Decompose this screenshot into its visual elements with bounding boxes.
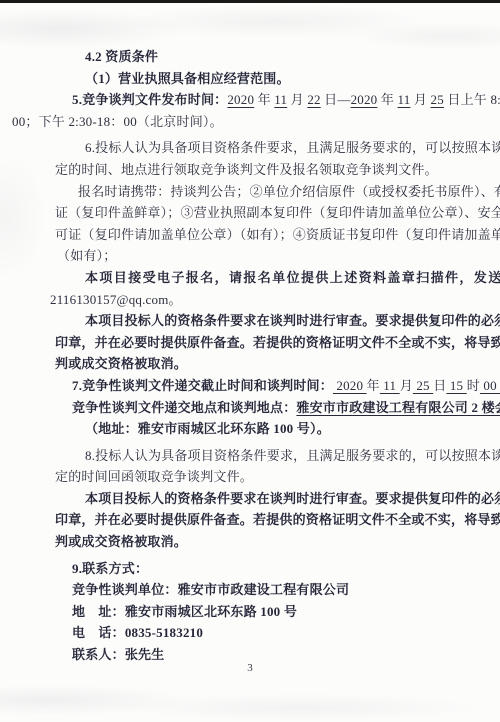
item7-hour: 15 (446, 378, 466, 393)
contact-person-label: 联系人： (72, 647, 125, 662)
item6-line2: 定的时间、地点进行领取竞争谈判文件及报名领取竞争谈判文件。 (55, 159, 466, 181)
item9-contact-heading: 9.联系方式： (72, 558, 466, 580)
item8-line2: 定的时间回函领取竞争谈判文件。 (55, 466, 466, 488)
item5-month2: 11 (398, 92, 411, 107)
item7-minute: 00 (480, 378, 500, 393)
registration-bring-line4: （如有）； (57, 245, 466, 267)
contact-unit-line: 竞争性谈判单位：雅安市市政建设工程有限公司 (72, 579, 466, 601)
item7-deadline-line: 7.竞争性谈判文件递交截止时间和谈判时间： 2020 年 11 月 25 日 1… (72, 375, 466, 397)
qualification-review-2-line2: 印章，并在必要时提供原件备查。若提供的资格证明文件不全或不实，将导致其参加谈 (55, 509, 466, 531)
contact-person-value: 张先生 (125, 647, 165, 662)
registration-bring-line2: 证（复印件盖鲜章）；③营业执照副本复印件（复印件请加盖单位公章）、安全生产许 (55, 202, 466, 224)
text-segment: 日— (321, 92, 351, 107)
qualification-review-1-line1: 本项目投标人的资格条件要求在谈判时进行审查。要求提供复印件的必须加盖单位 (85, 310, 466, 332)
item7-day: 25 (413, 378, 433, 393)
location-label: 竞争性谈判文件递交地点和谈判地点： (72, 400, 296, 415)
contact-address-line: 地 址：雅安市雨城区北环东路 100 号 (72, 601, 466, 623)
item6-line1: 6.投标人认为具备项目资格条件要求，且满足服务要求的，可以按照本谈判公告规 (85, 137, 466, 159)
document-body: 4.2 资质条件 （1）营业执照具备相应经营范围。 5.竞争谈判文件发布时间：2… (55, 0, 466, 666)
location-address-line: （地址：雅安市雨城区北环东路 100 号）。 (85, 418, 466, 440)
qualification-review-1-line2: 印章，并在必要时提供原件备查。若提供的资格证明文件不全或不实，将导致其参加谈 (55, 332, 466, 354)
text-segment: 时 (467, 378, 480, 393)
item5-year2: 2020 (351, 92, 378, 107)
registration-bring-line3: 可证（复印件请加盖单位公章）（如有）；④资质证书复印件（复印件请加盖单位公章） (55, 224, 466, 246)
electronic-registration-line: 本项目接受电子报名，请报名单位提供上述资料盖章扫描件，发送至邮箱： (85, 267, 466, 289)
text-segment: 年 (367, 378, 380, 393)
item7-label: 7.竞争性谈判文件递交截止时间和谈判时间： (72, 378, 333, 393)
item7-year: 2020 (333, 378, 367, 393)
registration-bring-line1: 报名时请携带：持谈判公告；②单位介绍信原件（或授权委托书原件）、有效身份 (78, 181, 466, 203)
item7-month: 11 (380, 378, 400, 393)
email-address: 2116130157@qq.com。 (50, 289, 466, 311)
qualification-item-1: （1）营业执照具备相应经营范围。 (85, 68, 466, 90)
text-segment: 月 (410, 92, 430, 107)
page-number: 3 (0, 662, 500, 674)
item8-line1: 8.投标人认为具备项目资格条件要求，且满足服务要求的，可以按照本谈判公告规 (85, 445, 466, 467)
contact-unit-label: 竞争性谈判单位： (72, 582, 178, 597)
contact-phone-value: 0835-5183210 (125, 625, 203, 640)
scanned-document-page: 4.2 资质条件 （1）营业执照具备相应经营范围。 5.竞争谈判文件发布时间：2… (0, 0, 500, 722)
text-segment: 日 (433, 378, 446, 393)
item5-label: 5.竞争谈判文件发布时间： (72, 92, 227, 107)
item5-month1: 11 (274, 92, 287, 107)
item5-year1: 2020 (227, 92, 254, 107)
contact-address-label: 地 址： (72, 604, 125, 619)
item5-publish-time-line1: 5.竞争谈判文件发布时间：2020 年 11 月 22 日—2020 年 11 … (72, 89, 466, 111)
qualification-review-2-line1: 本项目投标人的资格条件要求在谈判时进行审查。要求提供复印件的必须加盖单位 (85, 488, 466, 510)
qualification-review-2-line3: 判或成交资格被取消。 (55, 531, 466, 553)
contact-unit-value: 雅安市市政建设工程有限公司 (178, 582, 350, 597)
item5-day1: 22 (307, 92, 320, 107)
item5-day2: 25 (431, 92, 444, 107)
text-segment: 月 (287, 92, 307, 107)
text-segment: 年 (254, 92, 274, 107)
contact-phone-label: 电 话： (72, 625, 125, 640)
contact-address-value: 雅安市雨城区北环东路 100 号 (125, 604, 297, 619)
contact-phone-line: 电 话：0835-5183210 (72, 622, 466, 644)
section-heading-4-2: 4.2 资质条件 (85, 46, 466, 68)
item5-publish-time-line2: 00；下午 2:30-18：00（北京时间）。 (12, 111, 466, 133)
text-segment: 月 (400, 378, 413, 393)
submission-location-line: 竞争性谈判文件递交地点和谈判地点：雅安市市政建设工程有限公司 2 楼会议室 (72, 397, 466, 419)
qualification-review-1-line3: 判或成交资格被取消。 (55, 353, 466, 375)
location-value: 雅安市市政建设工程有限公司 2 楼会议室 (296, 400, 500, 415)
text-segment: 日上午 8:30-12： (444, 92, 500, 107)
text-segment: 年 (377, 92, 397, 107)
